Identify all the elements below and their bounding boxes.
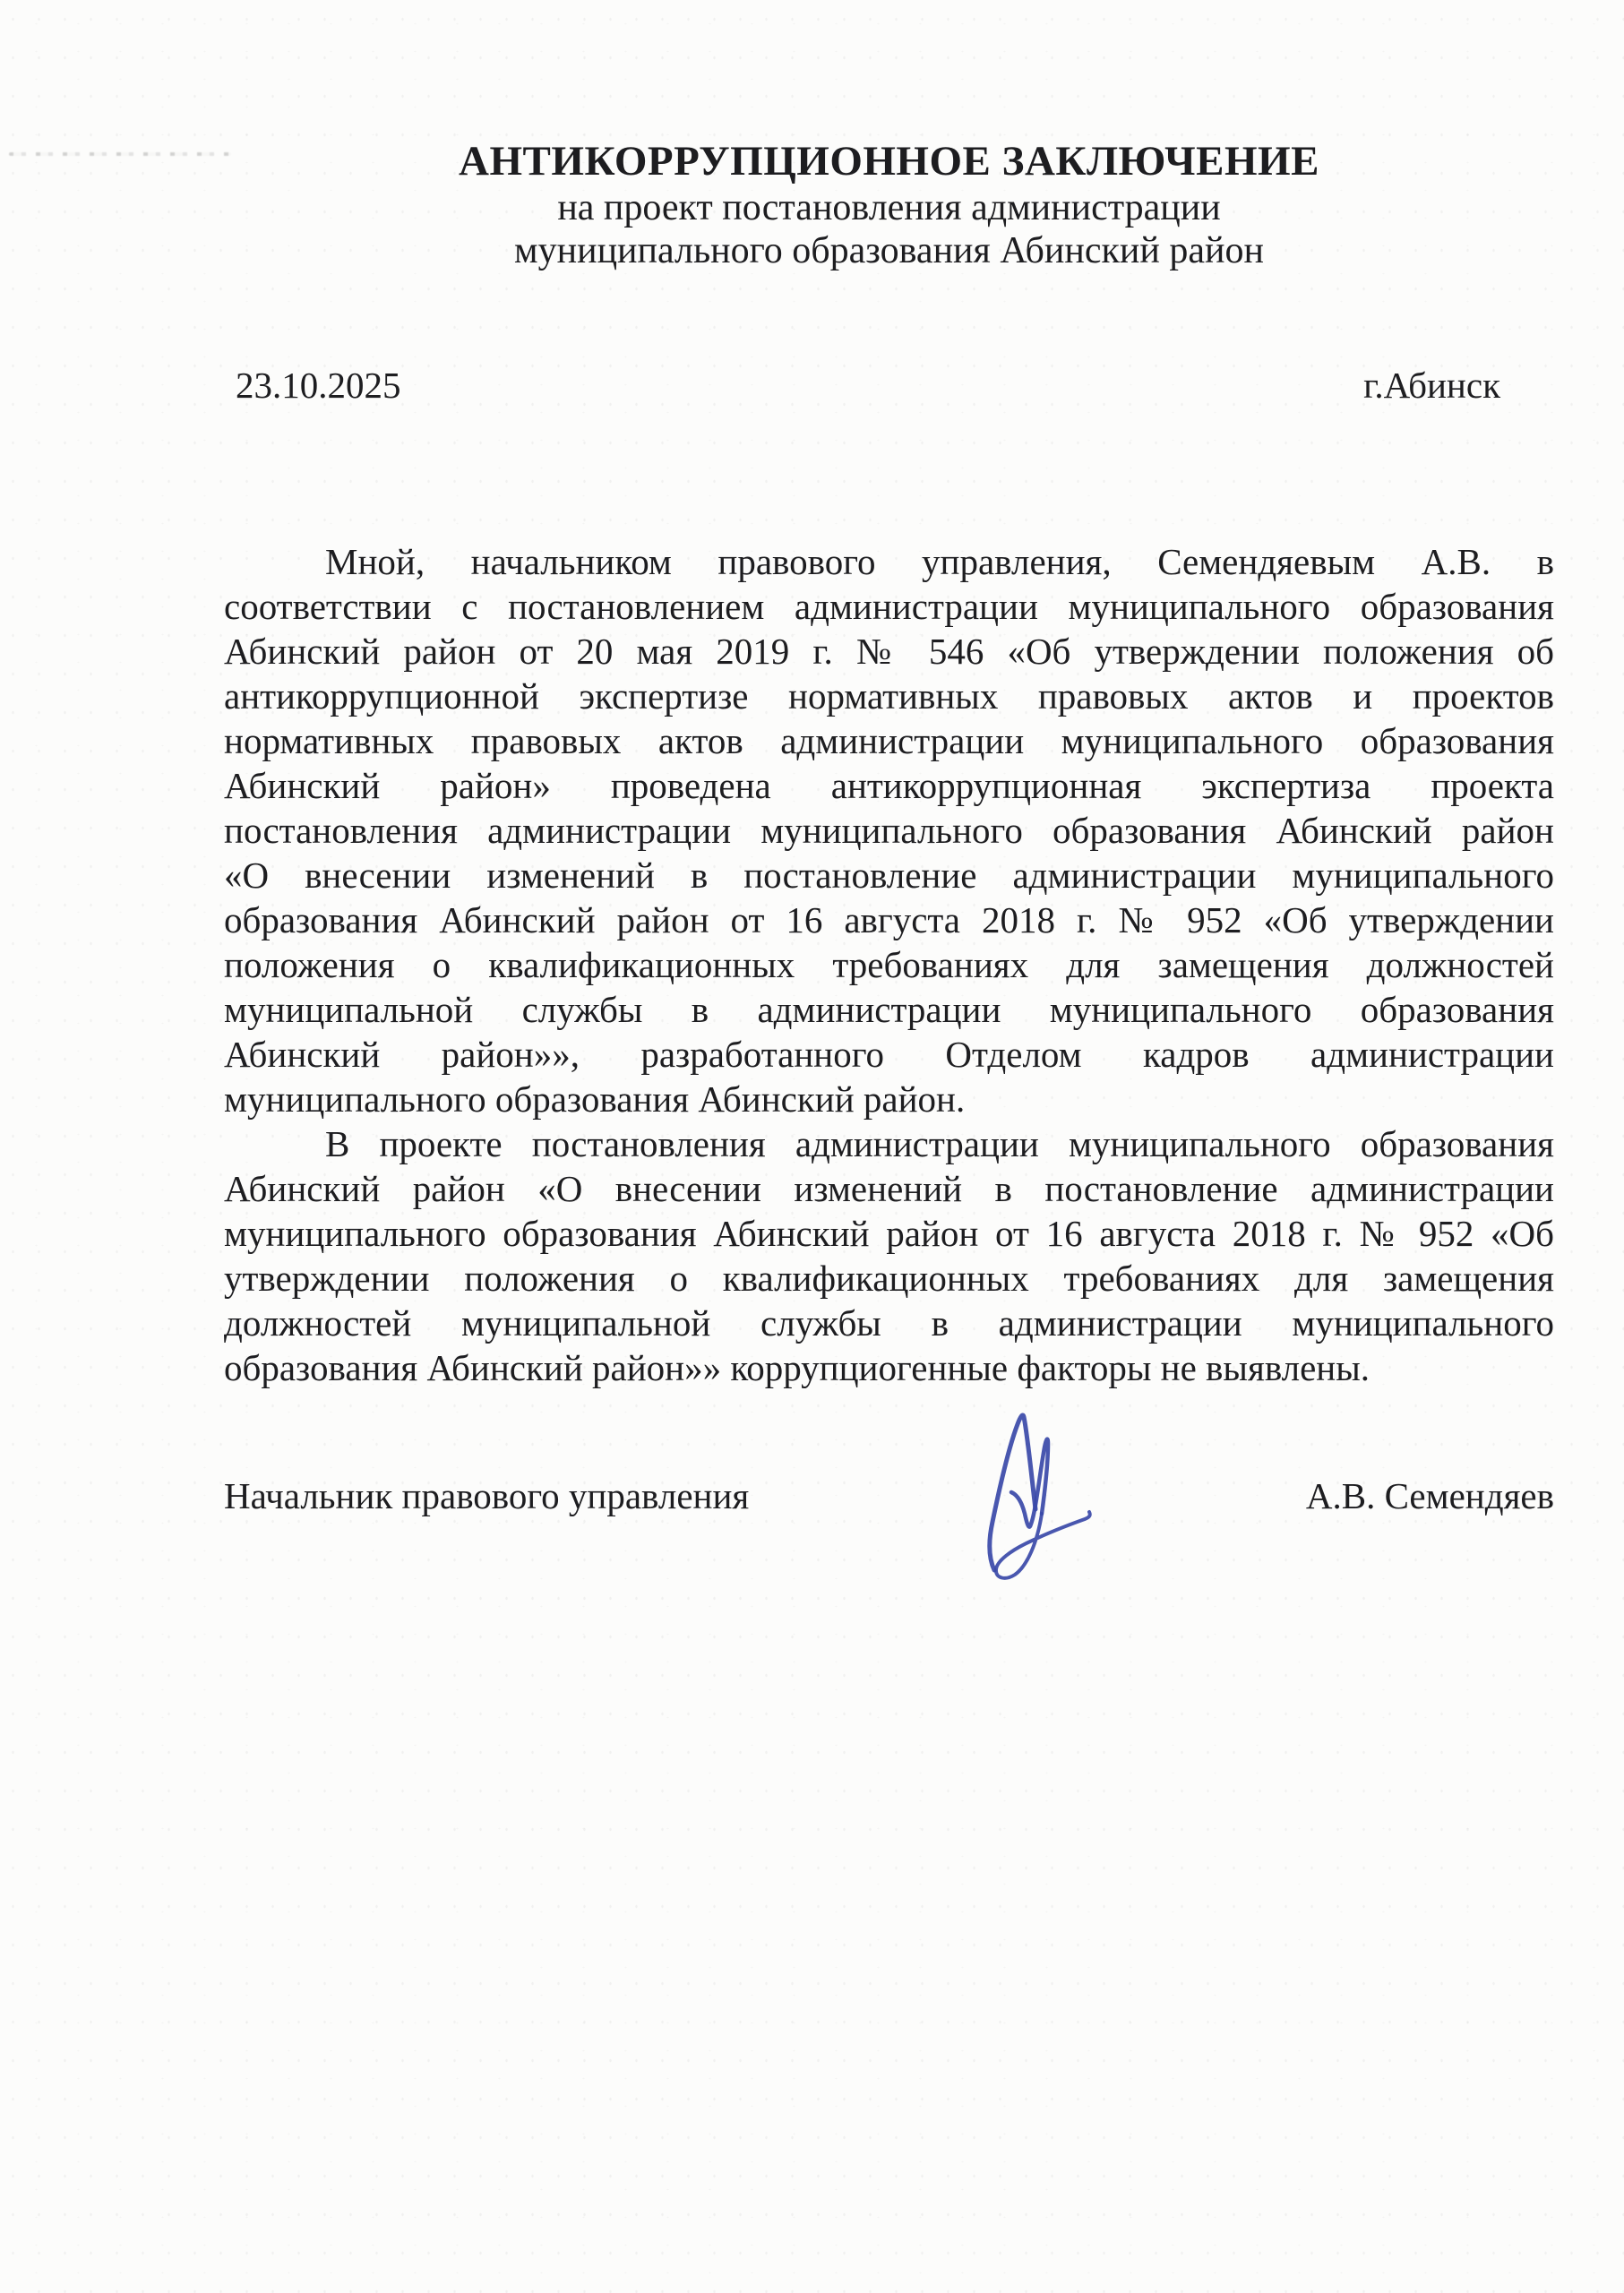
document-title: АНТИКОРРУПЦИОННОЕ ЗАКЛЮЧЕНИЕ [224,136,1554,186]
document-place: г.Абинск [1363,363,1554,408]
handwritten-signature [967,1387,1111,1594]
document-body: Мной, начальником правового управления, … [224,539,1554,1390]
body-line: образования Абинский район»» коррупциоге… [224,1345,1554,1390]
document-date: 23.10.2025 [224,363,401,408]
body-line: Абинский район «О внесении изменений в п… [224,1166,1554,1211]
body-line: образования Абинский район от 16 августа… [224,897,1554,942]
signer-name: А.В. Семендяев [1306,1473,1554,1518]
body-line: положения о квалификационных требованиях… [224,942,1554,987]
paragraph: Мной, начальником правового управления, … [224,539,1554,1121]
scan-smudge-artifact [9,152,231,156]
body-line: муниципального образования Абинский райо… [224,1077,1554,1121]
body-line: Мной, начальником правового управления, … [224,539,1554,584]
paragraph: В проекте постановления администрации му… [224,1121,1554,1390]
scanned-document-page: АНТИКОРРУПЦИОННОЕ ЗАКЛЮЧЕНИЕ на проект п… [0,0,1624,2293]
body-line: «О внесении изменений в постановление ад… [224,853,1554,897]
body-line: Абинский район» проведена антикоррупцион… [224,763,1554,808]
body-line: утверждении положения о квалификационных… [224,1256,1554,1301]
body-line: соответствии с постановлением администра… [224,584,1554,629]
body-line: Абинский район»», разработанного Отделом… [224,1032,1554,1077]
document-subtitle-line-1: на проект постановления администрации [224,186,1554,229]
body-line: муниципального образования Абинский райо… [224,1211,1554,1256]
document-header: АНТИКОРРУПЦИОННОЕ ЗАКЛЮЧЕНИЕ на проект п… [224,136,1554,272]
signer-position: Начальник правового управления [224,1473,749,1518]
signoff-row: Начальник правового управления А.В. Семе… [224,1473,1554,1518]
date-place-row: 23.10.2025 г.Абинск [224,363,1554,408]
body-line: муниципальной службы в администрации мун… [224,987,1554,1032]
body-line: Абинский район от 20 мая 2019 г. № 546 «… [224,629,1554,674]
document-subtitle-line-2: муниципального образования Абинский райо… [224,229,1554,272]
body-line: В проекте постановления администрации му… [224,1121,1554,1166]
body-line: постановления администрации муниципально… [224,808,1554,853]
body-line: нормативных правовых актов администрации… [224,718,1554,763]
body-line: должностей муниципальной службы в админи… [224,1301,1554,1345]
body-line: антикоррупционной экспертизе нормативных… [224,674,1554,718]
